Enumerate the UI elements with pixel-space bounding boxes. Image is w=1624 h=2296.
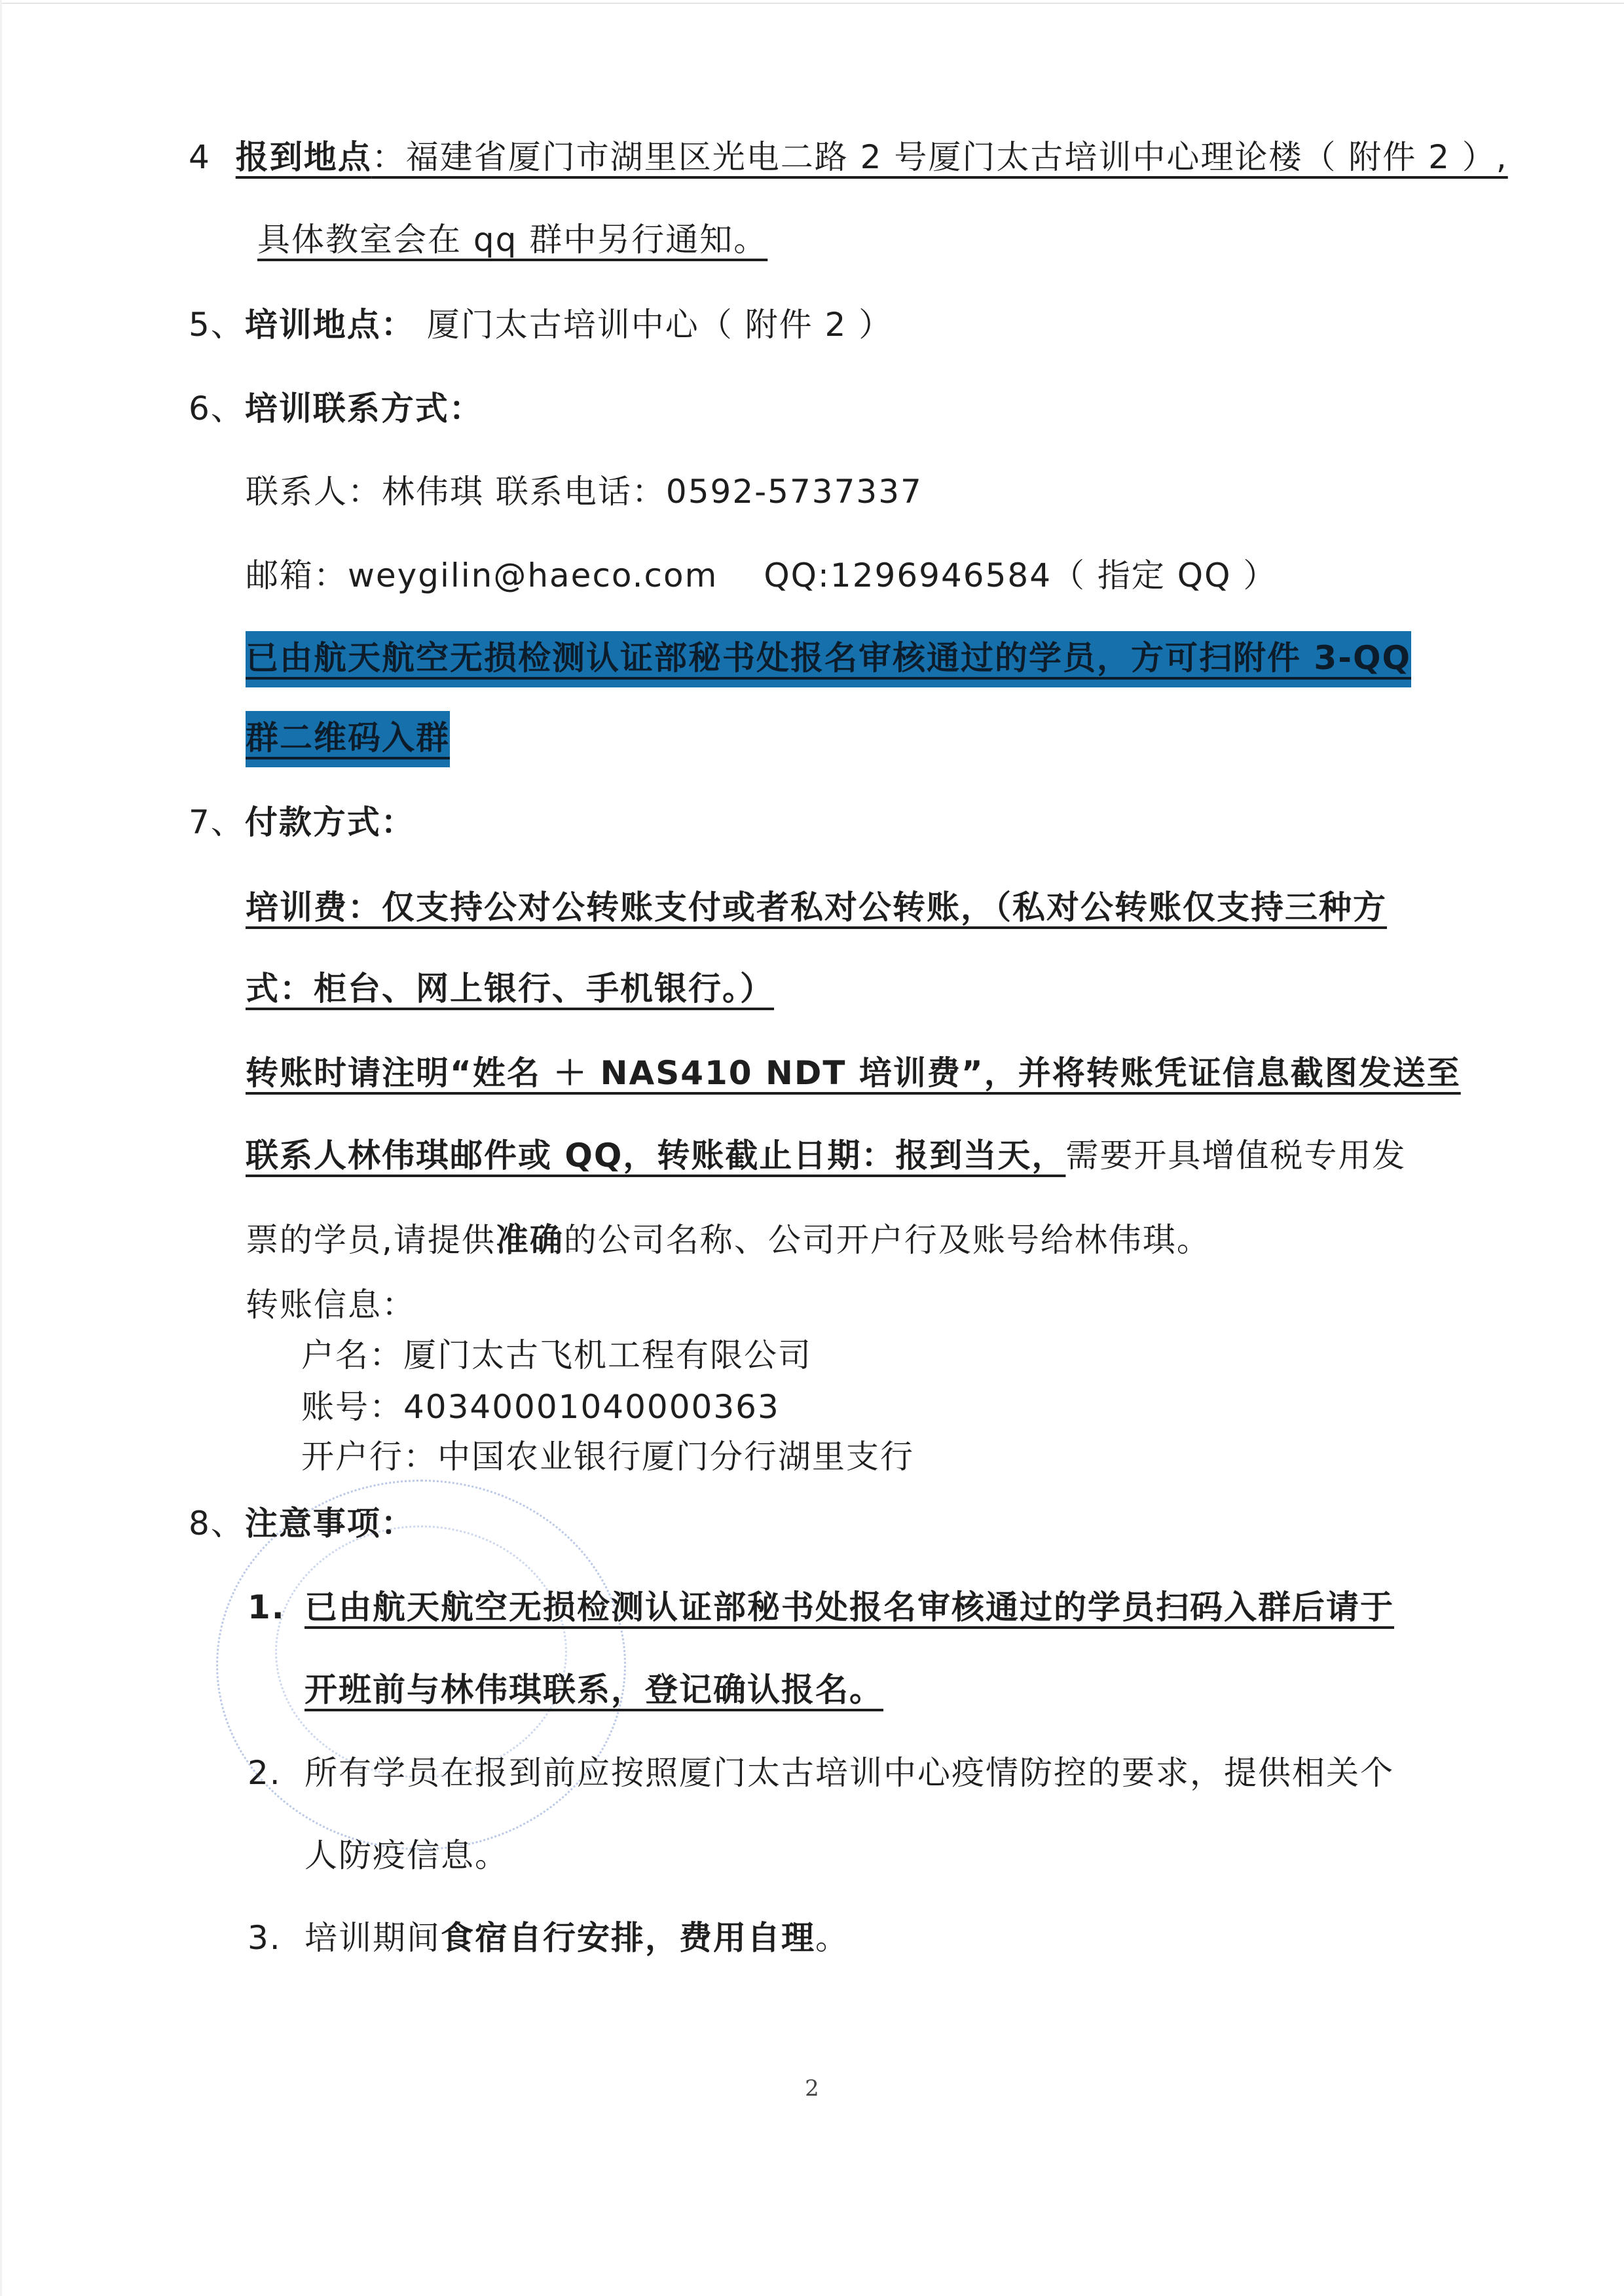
invoice-text-bold: 准确 <box>496 1221 564 1259</box>
bank-info-label: 转账信息： <box>246 1285 416 1324</box>
item-8-label: 注意事项： <box>245 1504 415 1542</box>
fee-line-2: 式：柜台、网上银行、手机银行。） <box>246 969 774 1008</box>
faded-seal-stamp-inner <box>275 1525 567 1778</box>
highlighted-notice-2: 群二维码入群 <box>246 711 450 767</box>
note-3-line-1: 培训期间食宿自行安排，费用自理。 <box>304 1918 849 1958</box>
item-4-address: ：福建省厦门市湖里区光电二路 2 号厦门太古培训中心理论楼（ 附件 2 ）, <box>372 138 1508 176</box>
note-1-line-2: 开班前与林伟琪联系，登记确认报名。 <box>304 1670 883 1709</box>
note-1-line-1: 已由航天航空无损检测认证部秘书处报名审核通过的学员扫码入群后请于 <box>304 1588 1394 1627</box>
item-7-heading: 7、付款方式： <box>189 803 415 842</box>
fee-line-1: 培训费：仅支持公对公转账支付或者私对公转账，（私对公转账仅支持三种方 <box>246 888 1387 927</box>
contact-line: 联系人：林伟琪 联系电话：0592-5737337 <box>246 472 923 511</box>
scan-top-edge <box>0 3 1624 4</box>
highlighted-notice-1: 已由航天航空无损检测认证部秘书处报名审核通过的学员，方可扫附件 3-QQ <box>246 631 1411 687</box>
item-6-number: 6、 <box>189 390 245 428</box>
note-2-line-1: 所有学员在报到前应按照厦门太古培训中心疫情防控的要求，提供相关个 <box>304 1753 1394 1793</box>
item-6-label: 培训联系方式： <box>245 390 483 428</box>
item-7-number: 7、 <box>189 803 245 841</box>
transfer-note-line-3: 票的学员,请提供准确的公司名称、公司开户行及账号给林伟琪。 <box>246 1220 1211 1260</box>
item-4-line-1: 4 报到地点：福建省厦门市湖里区光电二路 2 号厦门太古培训中心理论楼（ 附件 … <box>189 137 1508 177</box>
item-4-number: 4 <box>189 138 211 176</box>
item-6-heading: 6、培训联系方式： <box>189 389 483 428</box>
highlight-line-1: 已由航天航空无损检测认证部秘书处报名审核通过的学员，方可扫附件 3-QQ <box>246 638 1411 678</box>
item-7-label: 付款方式： <box>245 803 415 841</box>
email-address: 邮箱：weygilin@haeco.com <box>246 556 718 594</box>
note-2-line-2: 人防疫信息。 <box>304 1836 509 1875</box>
item-8-heading: 8、注意事项： <box>189 1504 415 1543</box>
vat-invoice-note: 需要开具增值税专用发 <box>1065 1137 1406 1175</box>
note-3-text-a: 培训期间 <box>304 1919 441 1957</box>
transfer-deadline: 联系人林伟琪邮件或 QQ，转账截止日期：报到当天， <box>246 1137 1065 1175</box>
scan-left-edge <box>0 0 2 2296</box>
item-5: 5、培训地点： 厦门太古培训中心（ 附件 2 ） <box>189 305 893 344</box>
item-5-number: 5、 <box>189 306 245 344</box>
highlight-line-2: 群二维码入群 <box>246 718 450 757</box>
note-3-number: 3. <box>248 1918 282 1958</box>
item-8-number: 8、 <box>189 1504 245 1542</box>
note-2-number: 2. <box>248 1753 282 1793</box>
item-4-line-2: 具体教室会在 qq 群中另行通知。 <box>257 220 767 259</box>
email-line: 邮箱：weygilin@haeco.comQQ:1296946584（ 指定 Q… <box>246 556 1277 595</box>
invoice-text-a: 票的学员,请提供 <box>246 1221 496 1259</box>
page-number: 2 <box>0 2075 1624 2102</box>
transfer-note-line-2: 联系人林伟琪邮件或 QQ，转账截止日期：报到当天，需要开具增值税专用发 <box>246 1136 1406 1175</box>
transfer-note-line-1: 转账时请注明“姓名 ＋ NAS410 NDT 培训费”，并将转账凭证信息截图发送… <box>246 1053 1461 1093</box>
note-1-number: 1. <box>248 1588 286 1627</box>
note-3-text-b: 。 <box>815 1919 849 1957</box>
item-5-label: 培训地点： <box>245 306 415 344</box>
note-3-text-bold: 食宿自行安排，费用自理 <box>441 1919 815 1957</box>
item-5-text: 厦门太古培训中心（ 附件 2 ） <box>415 306 893 344</box>
invoice-text-b: 的公司名称、公司开户行及账号给林伟琪。 <box>564 1221 1211 1259</box>
account-number: 账号：40340001040000363 <box>301 1387 780 1427</box>
qq-number: QQ:1296946584（ 指定 QQ ） <box>764 556 1277 594</box>
account-name: 户名：厦门太古飞机工程有限公司 <box>301 1336 812 1375</box>
bank-branch: 开户行：中国农业银行厦门分行湖里支行 <box>301 1437 914 1476</box>
item-4-label: 报到地点 <box>236 138 372 176</box>
